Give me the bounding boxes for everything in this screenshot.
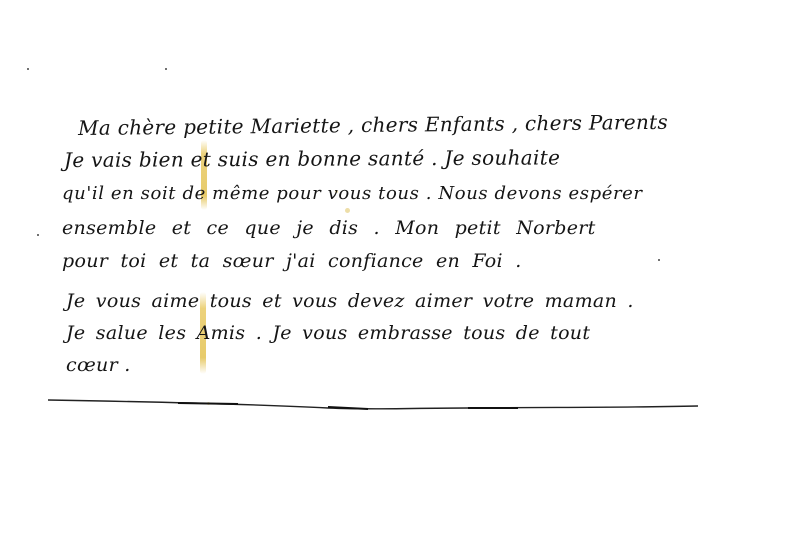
letter-line-6: Je vous aime tous et vous devez aimer vo… bbox=[66, 290, 634, 312]
stain-speck bbox=[345, 208, 350, 213]
paper-tear-edge bbox=[48, 398, 698, 410]
letter-line-4: ensemble et ce que je dis . Mon petit No… bbox=[62, 217, 596, 239]
scan-dust bbox=[37, 234, 39, 236]
letter-line-2: Je vais bien et suis en bonne santé . Je… bbox=[64, 145, 560, 172]
letter-line-8: cœur . bbox=[66, 354, 131, 376]
scan-dust bbox=[658, 259, 660, 261]
scan-dust bbox=[165, 68, 167, 70]
scan-dust bbox=[27, 68, 29, 70]
letter-line-5: pour toi et ta sœur j'ai confiance en Fo… bbox=[62, 250, 522, 272]
letter-line-3: qu'il en soit de même pour vous tous . N… bbox=[62, 183, 643, 204]
letter-line-1: Ma chère petite Mariette , chers Enfants… bbox=[78, 110, 668, 140]
letter-line-7: Je salue les Amis . Je vous embrasse tou… bbox=[66, 322, 590, 344]
scanned-letter-page: Ma chère petite Mariette , chers Enfants… bbox=[0, 0, 789, 537]
